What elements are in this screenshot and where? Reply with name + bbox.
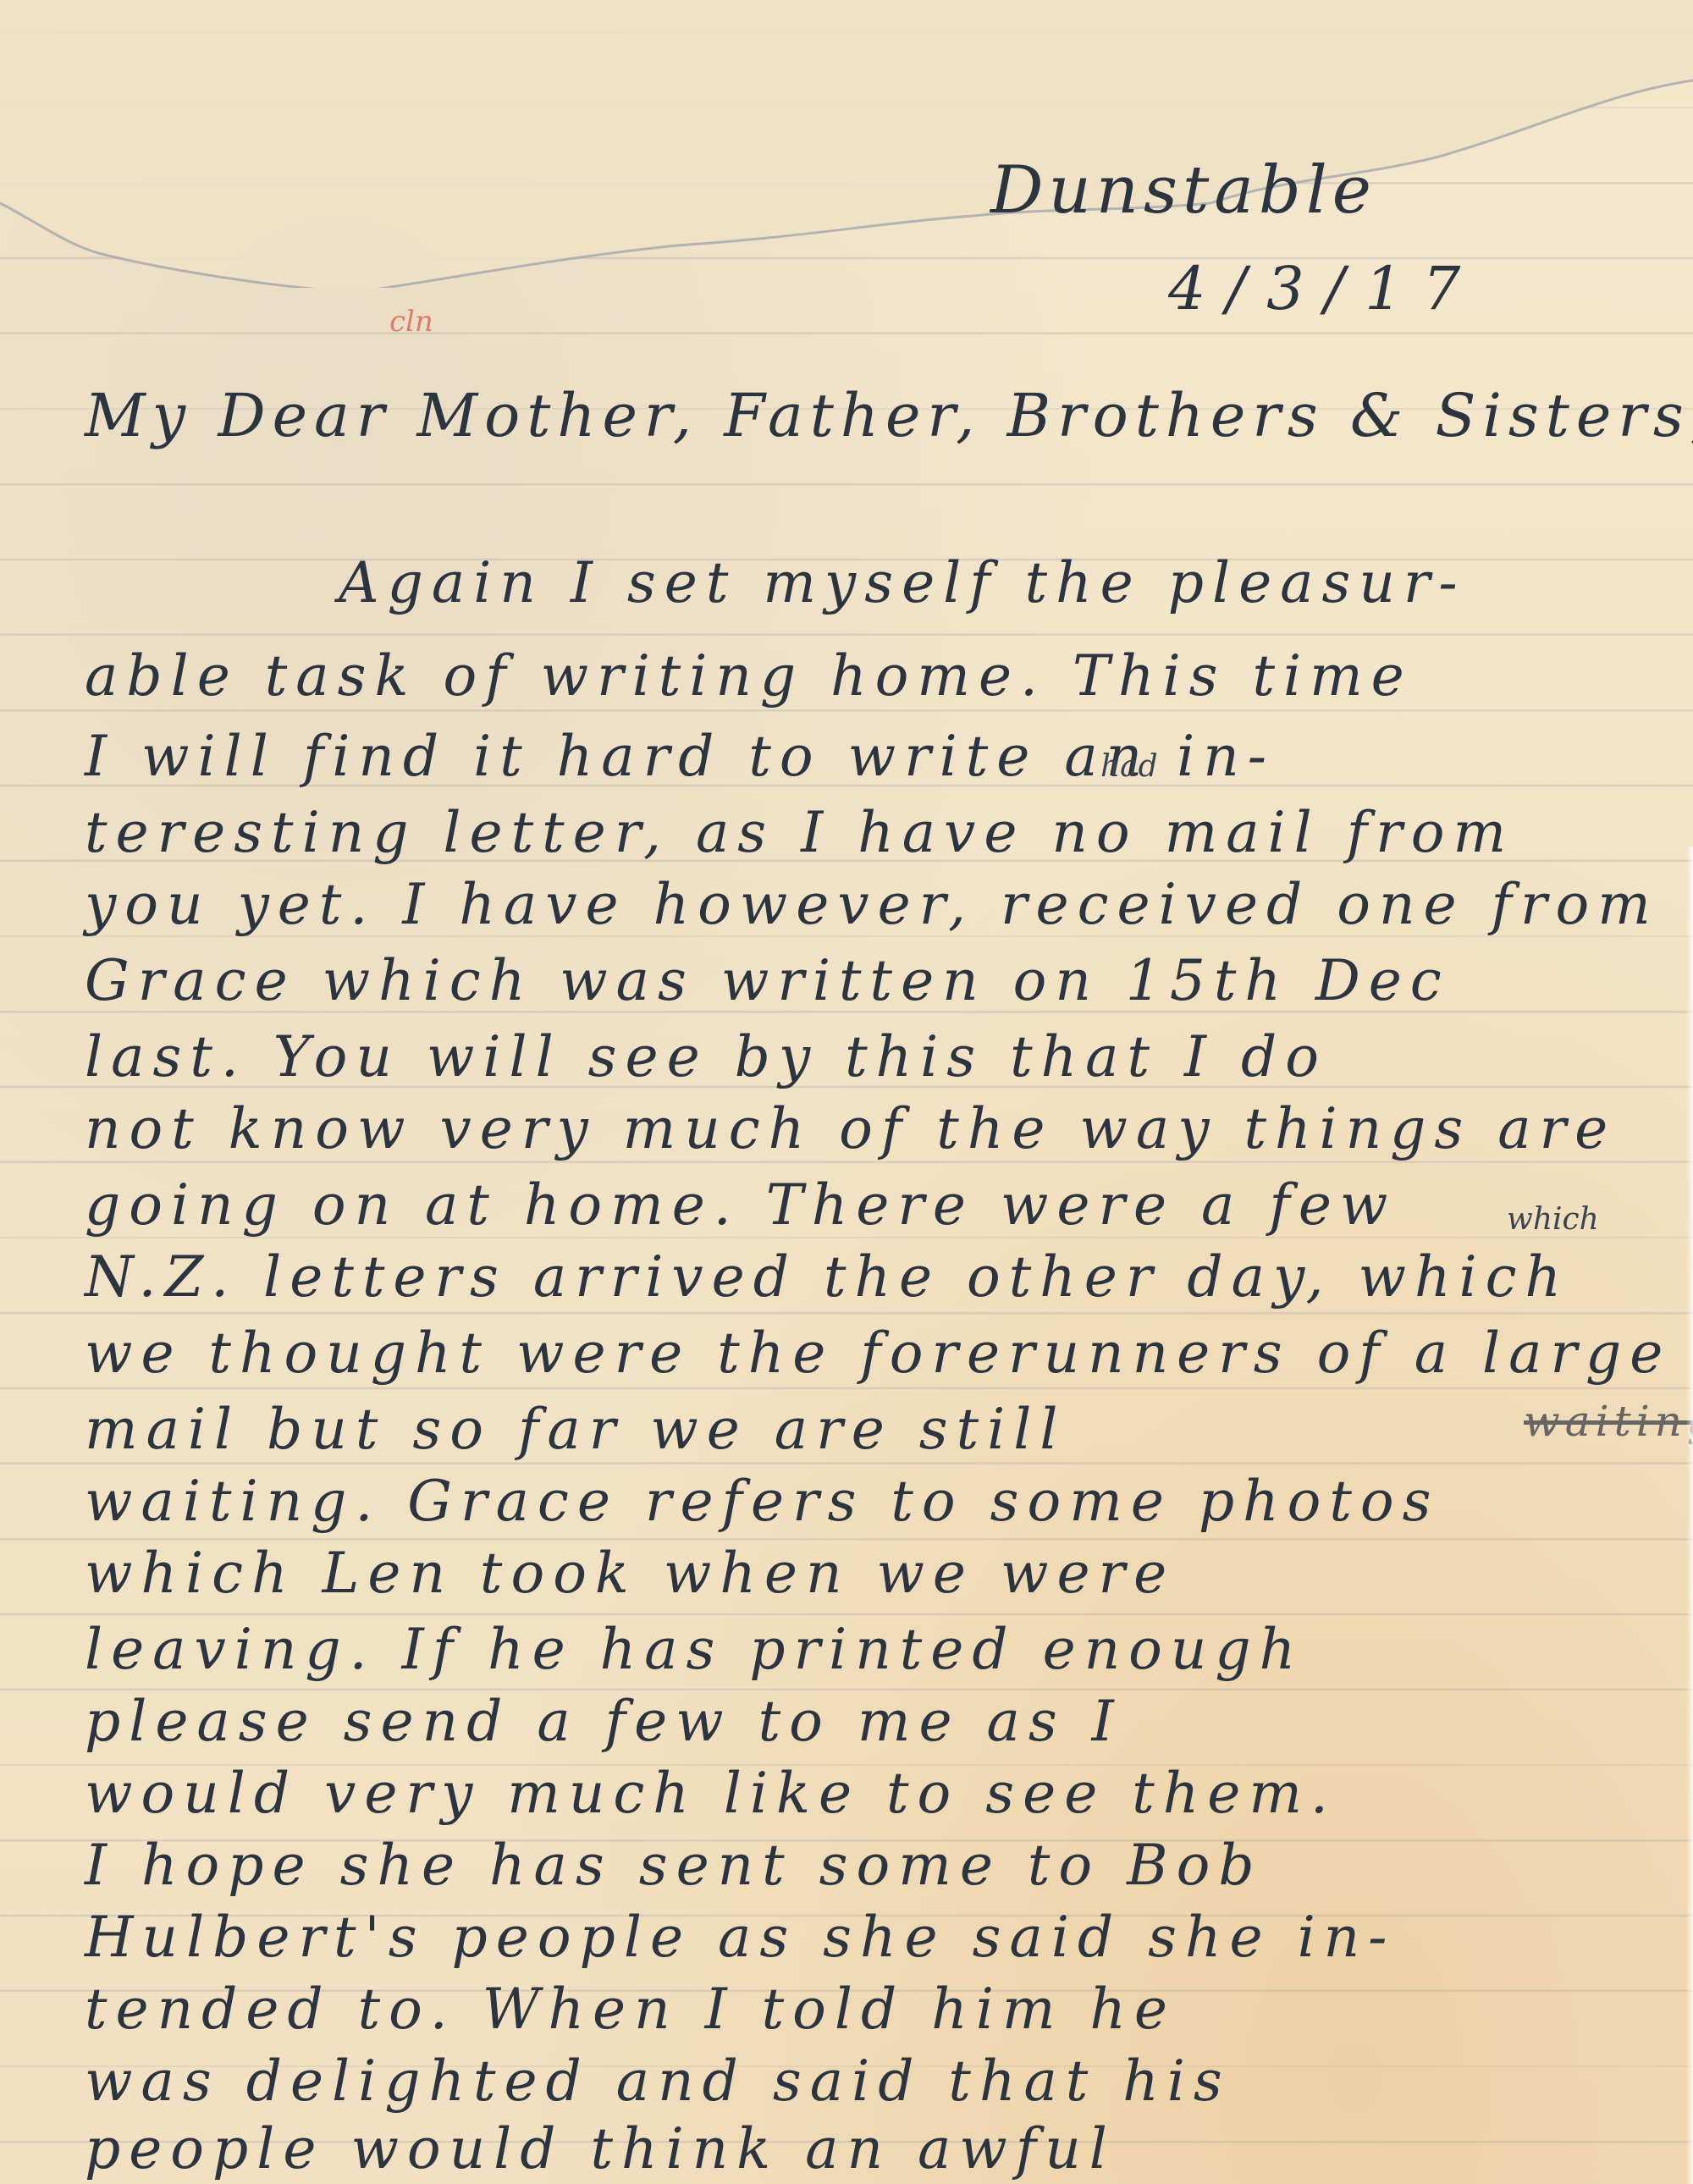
letter-line: tended to. When I told him he [85,1977,1176,2042]
letter-line: Grace which was written on 15th Dec [85,948,1450,1013]
letter-date: 4/3/17 [1168,254,1481,323]
letter-line: I hope she has sent some to Bob [85,1833,1263,1898]
right-edge [1686,847,1693,2184]
insertion-which: which [1507,1202,1599,1237]
letter-line: N.Z. letters arrived the other day, whic… [85,1244,1569,1310]
letter-line: I will find it hard to write an in- [85,724,1275,789]
letter-place: Dunstable [990,152,1376,229]
letter-line: teresting letter, as I have no mail from [85,800,1514,865]
insertion-had: had [1100,749,1158,784]
letter-line: which Len took when we were [85,1541,1175,1606]
salutation: My Dear Mother, Father, Brothers & Siste… [85,381,1693,450]
margin-mark: cln [389,305,433,339]
letter-line: mail but so far we are still [85,1397,1066,1462]
letter-page: cln Dunstable 4/3/17 My Dear Mother, Fat… [0,0,1693,2184]
letter-line: last. You will see by this that I do [85,1024,1327,1089]
letter-line: waiting. Grace refers to some photos [85,1469,1440,1534]
letter-line: would very much like to see them. [85,1761,1337,1826]
torn-top-edge [0,0,1693,288]
letter-line: please send a few to me as I [85,1689,1122,1754]
letter-line: going on at home. There were a few [85,1172,1396,1238]
letter-line: leaving. If he has printed enough [85,1617,1304,1682]
letter-line: people would think an awful [85,2116,1116,2181]
struck-word: waiting [1524,1397,1693,1446]
letter-line: Hulbert's people as she said she in- [85,1905,1395,1970]
letter-line: Again I set myself the pleasur- [339,550,1466,615]
letter-line: we thought were the forerunners of a lar… [85,1321,1671,1386]
letter-line: you yet. I have however, received one fr… [85,872,1659,937]
letter-line: was delighted and said that his [85,2049,1231,2114]
letter-line: not know very much of the way things are [85,1096,1616,1161]
letter-line: able task of writing home. This time [85,643,1413,709]
